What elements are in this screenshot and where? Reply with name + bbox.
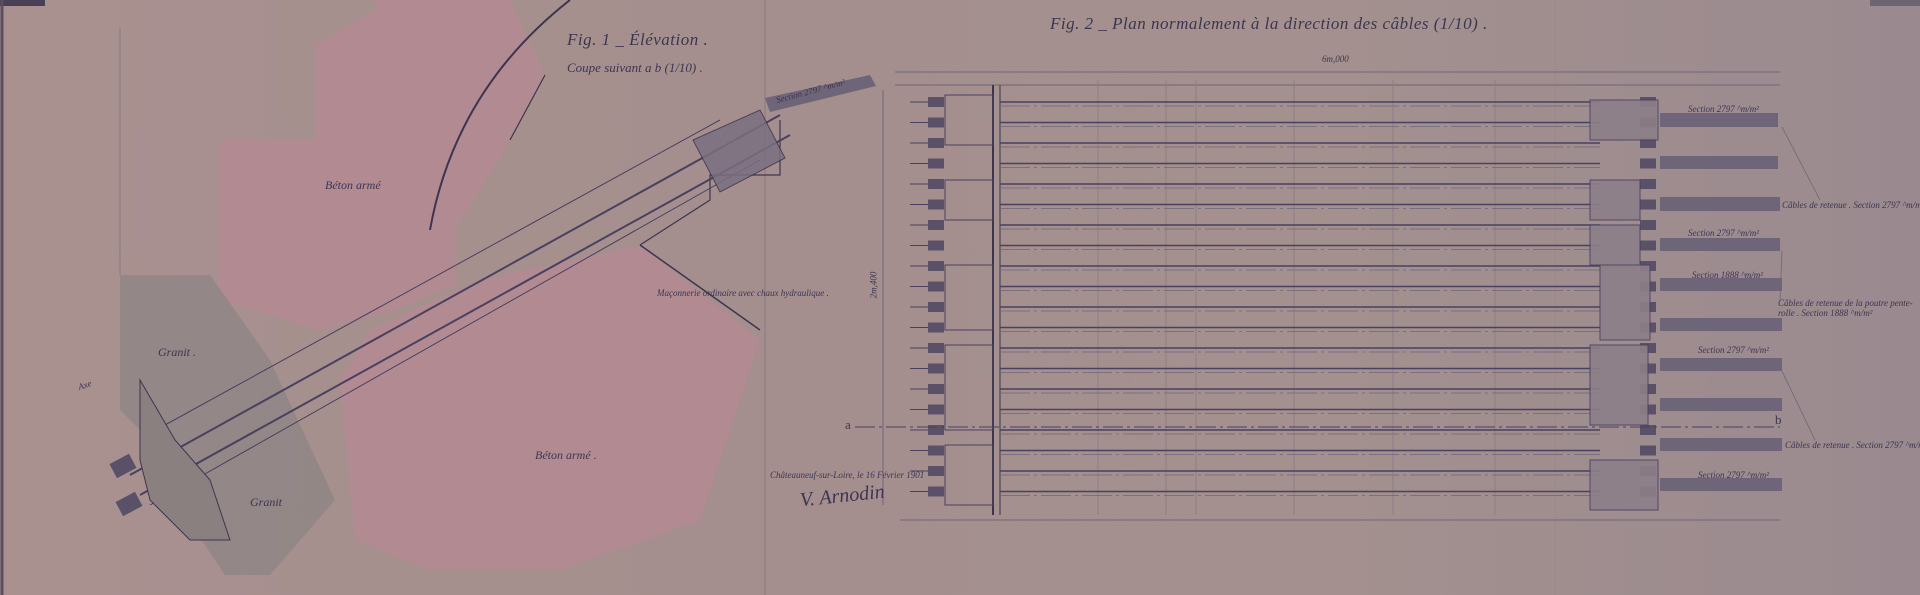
fig2-side-dimension: 2m,400: [868, 272, 878, 299]
section-mark-a: a: [845, 417, 851, 433]
section-mark-b: b: [1775, 412, 1782, 428]
callout-8: Section 2797 ^m/m²: [1698, 470, 1769, 480]
callout-1: Section 2797 ^m/m²: [1688, 104, 1759, 114]
callout-5: Câbles de retenue de la poutre pente-rol…: [1778, 298, 1918, 318]
fig2-title: Fig. 2 _ Plan normalement à la direction…: [1050, 14, 1488, 34]
place-date: Châteauneuf-sur-Loire, le 16 Février 190…: [770, 470, 924, 480]
fig2-overall-dimension: 6m,000: [1322, 54, 1349, 64]
label-beton-arme-bottom: Béton armé .: [535, 448, 597, 463]
label-beton-arme-top: Béton armé: [325, 178, 381, 193]
engineering-drawing-sheet: Fig. 1 _ Élévation . Coupe suivant a b (…: [0, 0, 1920, 595]
fig1-subtitle: Coupe suivant a b (1/10) .: [567, 60, 703, 76]
callout-3: Section 2797 ^m/m²: [1688, 228, 1759, 238]
drawing-canvas: [0, 0, 1920, 595]
callout-6: Section 2797 ^m/m²: [1698, 345, 1769, 355]
callout-7: Câbles de retenue . Section 2797 ^m/m²: [1785, 440, 1920, 450]
label-granit-bottom: Granit: [250, 495, 282, 510]
callout-4: Section 1888 ^m/m²: [1692, 270, 1763, 280]
label-granit-top: Granit .: [158, 345, 196, 360]
label-maconnerie: Maçonnerie ordinaire avec chaux hydrauli…: [657, 288, 829, 298]
fig1-title: Fig. 1 _ Élévation .: [567, 30, 708, 50]
callout-2: Câbles de retenue . Section 2797 ^m/m²: [1782, 200, 1920, 210]
